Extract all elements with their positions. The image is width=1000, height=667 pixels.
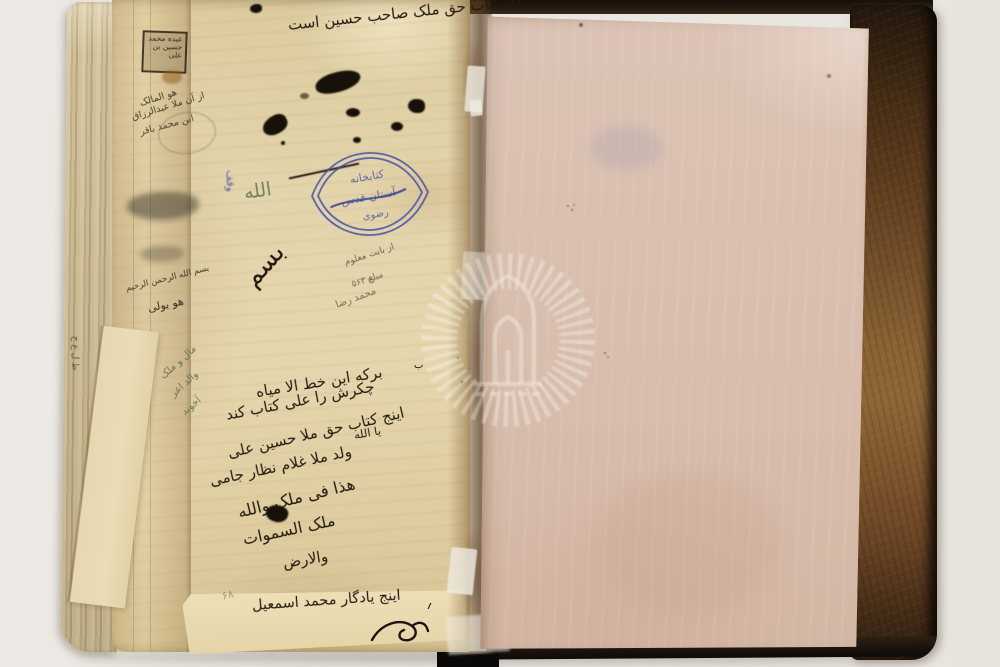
ink-speck (281, 141, 285, 145)
pink-damp-stain (600, 470, 780, 610)
ink-speck (353, 137, 361, 143)
oval-stamp-line: آستان قدس (340, 184, 398, 207)
photo-open-manuscript: ط ل ع ح ای کتاب حق ملک صاحب (0, 0, 1000, 667)
faint-blue-offset-stain (590, 126, 662, 170)
ink-blob (250, 4, 262, 13)
ink-specks (566, 203, 578, 213)
repair-tape (447, 547, 478, 595)
repair-tape (469, 99, 483, 116)
oval-stamp-line: کتابخانه (349, 167, 386, 186)
oval-stamp-line: رضوی (362, 207, 390, 222)
blue-vertical-stamp: وقف (224, 170, 237, 192)
ink-blob (346, 108, 360, 117)
stray-letter: ب (414, 360, 423, 371)
brown-stain (162, 70, 182, 84)
green-allah-inscription: الله (242, 178, 272, 204)
foxing-specks (450, 352, 486, 402)
ink-speck (579, 23, 583, 27)
blue-oval-library-stamp: کتابخانه آستان قدس رضوی (307, 148, 434, 240)
ink-speck (300, 93, 309, 99)
astan-quds-library-watermark (420, 252, 596, 428)
ink-speck (827, 74, 831, 78)
fore-edge-letters: ط ل ع ح (70, 336, 80, 371)
watermark-dome-motif (420, 252, 596, 428)
black-square-seal-stamp: عبده محمد حسین بن علی (141, 30, 187, 74)
ink-blob (391, 122, 403, 131)
signature-flourish (368, 616, 432, 650)
ink-blob (408, 99, 425, 113)
memento-comma-mark: ؍ (426, 598, 433, 612)
ink-specks (602, 350, 611, 359)
page-crease (133, 0, 134, 652)
